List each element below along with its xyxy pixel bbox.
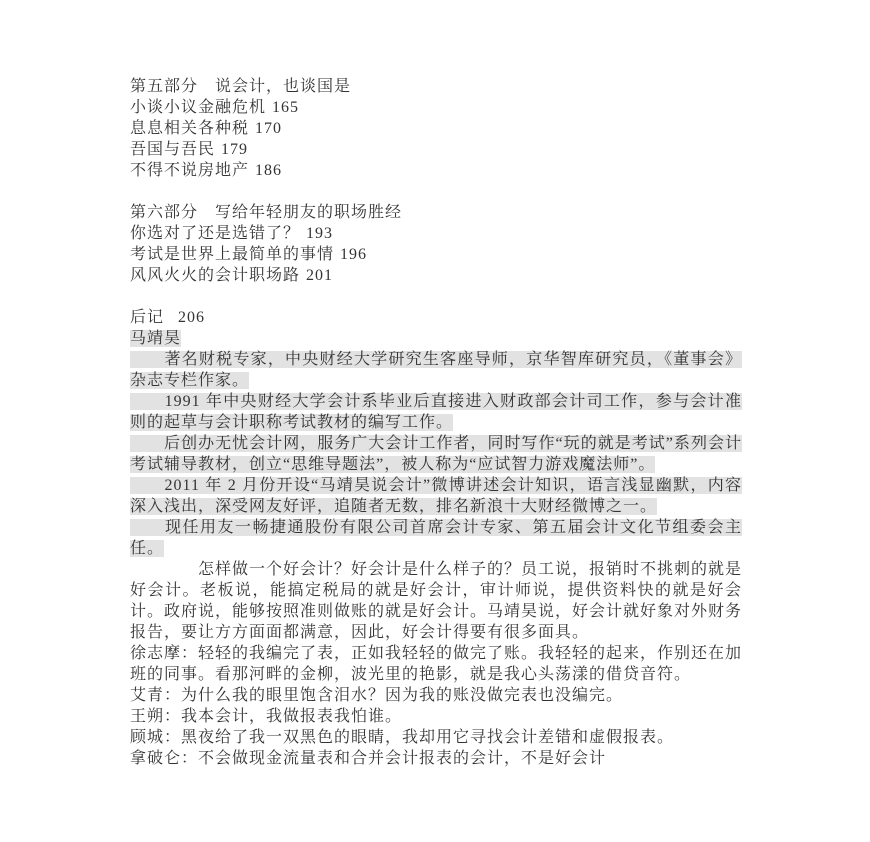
toc-item-title: 风风火火的会计职场路	[130, 267, 300, 284]
toc-item: 息息相关各种税170	[130, 118, 742, 139]
toc-item-title: 吾国与吾民	[130, 141, 215, 158]
toc-section-part5: 第五部分 说会计，也谈国是 小谈小议金融危机165 息息相关各种税170 吾国与…	[130, 76, 742, 181]
toc-heading-part6: 第六部分 写给年轻朋友的职场胜经	[130, 202, 742, 223]
toc-item-title: 考试是世界上最简单的事情	[130, 246, 334, 263]
toc-item-page-number: 170	[255, 120, 282, 137]
bio-paragraph-text: 后创办无忧会计网，服务广大会计工作者，同时写作“玩的就是考试”系列会计考试辅导教…	[130, 435, 742, 473]
toc-item-page-number: 193	[306, 225, 333, 242]
toc-item: 你选对了还是选错了？193	[130, 223, 742, 244]
epilogue-page-number: 206	[178, 309, 205, 326]
toc-item-title: 你选对了还是选错了？	[130, 225, 300, 242]
bio-paragraph-text: 2011 年 2 月份开设“马靖昊说会计”微博讲述会计知识，语言浅显幽默，内容深…	[130, 477, 742, 515]
toc-item: 小谈小议金融危机165	[130, 97, 742, 118]
toc-item-page-number: 165	[272, 99, 299, 116]
toc-item-page-number: 179	[221, 141, 248, 158]
quote-line-wangshuo: 王朔：我本会计，我做报表我怕谁。	[130, 706, 742, 727]
toc-item: 吾国与吾民179	[130, 139, 742, 160]
author-bio-paragraph: 著名财税专家，中央财经大学研究生客座导师，京华智库研究员，《董事会》杂志专栏作家…	[130, 349, 742, 391]
epilogue-title: 后记	[130, 309, 164, 326]
toc-heading-part5: 第五部分 说会计，也谈国是	[130, 76, 742, 97]
quote-line-gucheng: 顾城：黑夜给了我一双黑色的眼睛，我却用它寻找会计差错和虚假报表。	[130, 727, 742, 748]
author-bio-paragraph: 后创办无忧会计网，服务广大会计工作者，同时写作“玩的就是考试”系列会计考试辅导教…	[130, 433, 742, 475]
author-name-line: 马靖昊	[130, 328, 742, 349]
bio-paragraph-text: 现任用友一畅捷通股份有限公司首席会计专家、第五届会计文化节组委会主任。	[130, 519, 742, 557]
toc-heading-text: 第六部分 写给年轻朋友的职场胜经	[130, 204, 402, 221]
author-name: 马靖昊	[130, 330, 181, 347]
toc-item: 风风火火的会计职场路201	[130, 265, 742, 286]
toc-item-page-number: 196	[340, 246, 367, 263]
bio-paragraph-text: 1991 年中央财经大学会计系毕业后直接进入财政部会计司工作，参与会计准则的起草…	[130, 393, 742, 431]
toc-item: 考试是世界上最简单的事情196	[130, 244, 742, 265]
quote-line-napolun: 拿破仑：不会做现金流量表和合并会计报表的会计，不是好会计	[130, 748, 742, 769]
toc-item-page-number: 201	[306, 267, 333, 284]
quote-line-aiqing: 艾青：为什么我的眼里饱含泪水？因为我的账没做完表也没编完。	[130, 685, 742, 706]
document-content: 第五部分 说会计，也谈国是 小谈小议金融危机165 息息相关各种税170 吾国与…	[130, 76, 742, 769]
toc-section-part6: 第六部分 写给年轻朋友的职场胜经 你选对了还是选错了？193 考试是世界上最简单…	[130, 202, 742, 286]
toc-heading-text: 第五部分 说会计，也谈国是	[130, 78, 351, 95]
toc-item-title: 不得不说房地产	[130, 162, 249, 179]
toc-item-title: 小谈小议金融危机	[130, 99, 266, 116]
toc-item-title: 息息相关各种税	[130, 120, 249, 137]
quote-line-xuzhimo: 徐志摩：轻轻的我编完了表，正如我轻轻的做完了账。我轻轻的起来，作别还在加班的同事…	[130, 643, 742, 685]
toc-item-page-number: 186	[255, 162, 282, 179]
foreword-lead-paragraph: 怎样做一个好会计？好会计是什么样子的？员工说，报销时不挑刺的就是好会计。老板说，…	[130, 559, 742, 643]
toc-epilogue-entry: 后记206	[130, 307, 742, 328]
author-bio-paragraph: 1991 年中央财经大学会计系毕业后直接进入财政部会计司工作，参与会计准则的起草…	[130, 391, 742, 433]
author-bio-paragraph: 现任用友一畅捷通股份有限公司首席会计专家、第五届会计文化节组委会主任。	[130, 517, 742, 559]
bio-paragraph-text: 著名财税专家，中央财经大学研究生客座导师，京华智库研究员，《董事会》杂志专栏作家…	[130, 351, 742, 389]
author-bio-paragraph: 2011 年 2 月份开设“马靖昊说会计”微博讲述会计知识，语言浅显幽默，内容深…	[130, 475, 742, 517]
document-page: 第五部分 说会计，也谈国是 小谈小议金融危机165 息息相关各种税170 吾国与…	[0, 0, 870, 842]
toc-item: 不得不说房地产186	[130, 160, 742, 181]
